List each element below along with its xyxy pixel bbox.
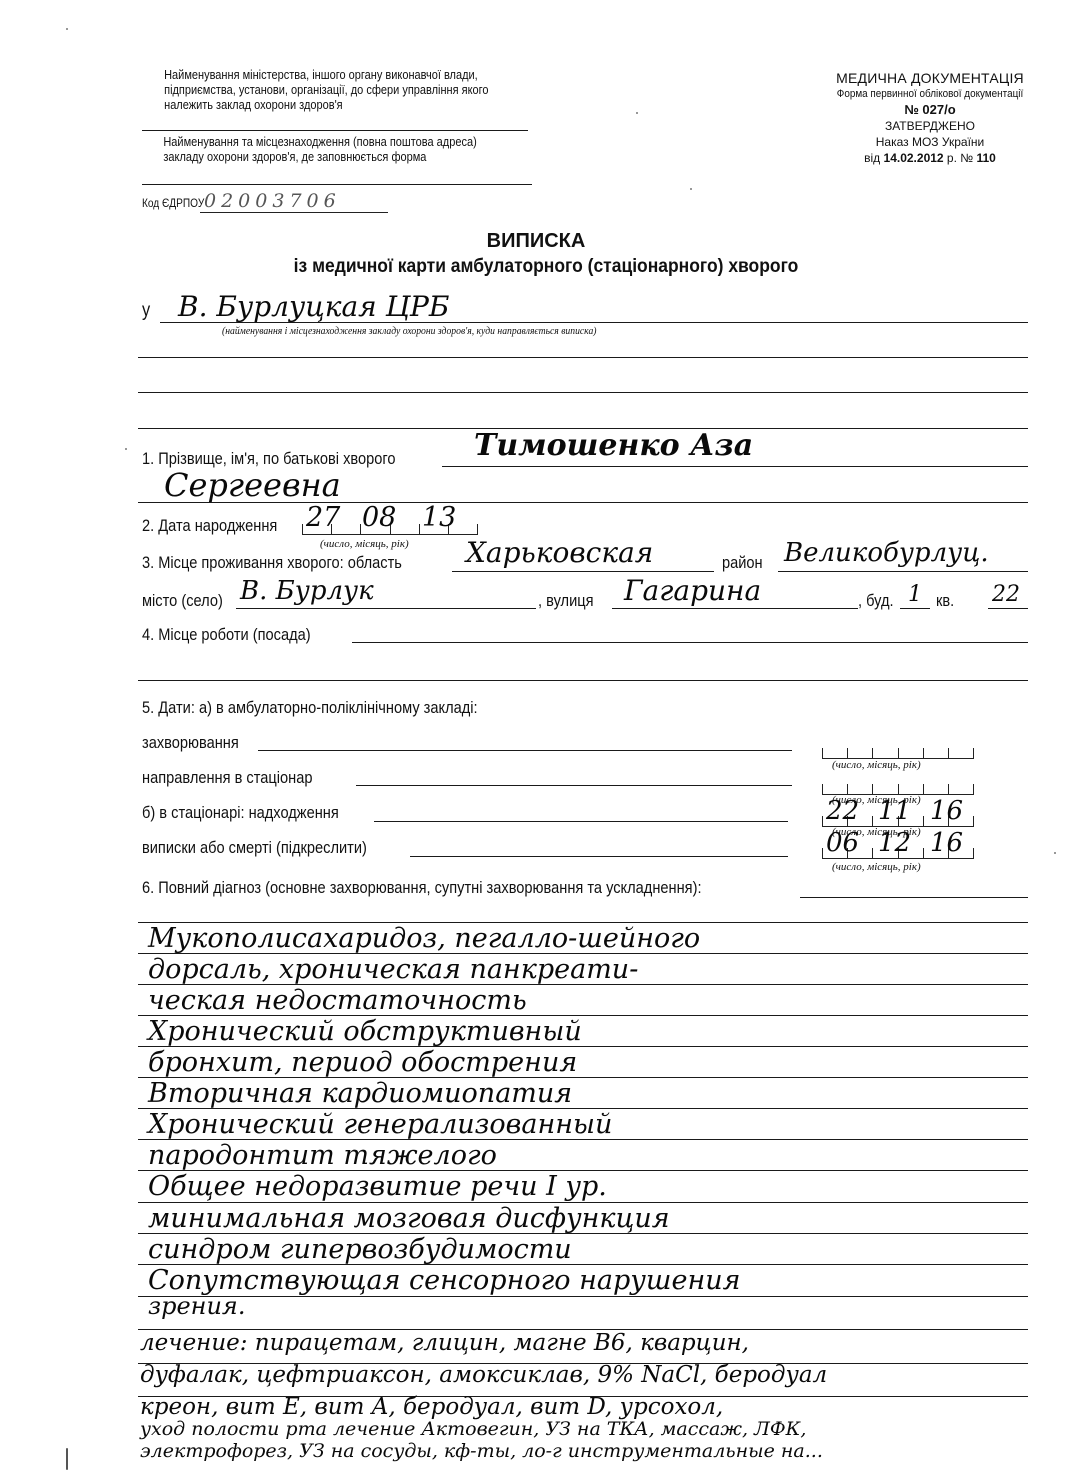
diagnosis-rule-line	[138, 1296, 1028, 1297]
street-label: , вулиця	[538, 591, 594, 611]
order-number: 110	[976, 151, 995, 165]
recipient-note: (найменування і місцезнаходження закладу…	[222, 326, 597, 337]
order-number-prefix: р. №	[944, 151, 977, 165]
region-line	[452, 571, 714, 572]
dob-day: 27	[306, 502, 340, 533]
apt-value: 22	[992, 582, 1020, 607]
discharge-date-line	[410, 856, 788, 857]
edrpou-field: 02003706	[200, 192, 388, 213]
form-type-label: Форма первинної облікової документації	[813, 86, 1047, 102]
scan-speck	[125, 448, 127, 450]
building-value: 1	[908, 582, 922, 607]
dob-label: 2. Дата народження	[142, 516, 277, 536]
edrpou-label: Код ЄДРПОУ	[142, 198, 204, 210]
discharge-date-note: (число, місяць, рік)	[832, 861, 921, 873]
form-info-block: МЕДИЧНА ДОКУМЕНТАЦІЯ Форма первинної обл…	[800, 70, 1060, 166]
diagnosis-text-line: креон, вит E, вит A, беродуал, вит D, ур…	[140, 1394, 723, 1420]
work-label: 4. Місце роботи (посада)	[142, 625, 311, 645]
street-value: Гагарина	[624, 574, 761, 607]
diagnosis-text-line: электрофорез, УЗ на сосуды, кф-ты, ло-г …	[140, 1440, 823, 1462]
form-number: № 027/о	[800, 102, 1060, 118]
ministry-line	[142, 130, 528, 131]
city-label: місто (село)	[142, 591, 223, 611]
edrpou-value: 02003706	[204, 190, 341, 212]
discharge-year: 16	[930, 828, 963, 858]
region-value: Харьковская	[466, 536, 653, 569]
admission-date-label: б) в стаціонарі: надходження	[142, 803, 339, 823]
scan-speck	[636, 112, 638, 114]
referral-date-label: направлення в стаціонар	[142, 768, 312, 788]
patient-name-value: Тимошенко Аза	[474, 428, 753, 463]
ministry-label-line: Найменування міністерства, іншого органу…	[164, 68, 488, 83]
diagnosis-text-line: зрения.	[148, 1292, 245, 1320]
diagnosis-text-line: Общее недоразвитие речи I ур.	[148, 1171, 607, 1202]
recipient-label: у	[142, 300, 150, 322]
street-line	[612, 608, 858, 609]
diagnosis-text-line: синдром гипервозбудимости	[148, 1234, 572, 1265]
ministry-label: Найменування міністерства, іншого органу…	[164, 68, 488, 113]
blank-line	[138, 392, 1028, 393]
patient-name-line-2	[138, 502, 1028, 503]
diagnosis-text-line: Вторичная кардиомиопатия	[148, 1078, 572, 1109]
illness-date-line	[258, 750, 792, 751]
scan-mark	[66, 1448, 68, 1470]
diagnosis-line	[800, 897, 1028, 898]
work-line	[352, 642, 1028, 643]
facility-label-line: закладу охорони здоров'я, де заповнюєтьс…	[163, 150, 476, 165]
order-date-line: від 14.02.2012 р. № 110	[800, 150, 1060, 166]
admission-day: 22	[826, 796, 859, 826]
illness-date-note: (число, місяць, рік)	[832, 759, 921, 771]
dates-section-label: 5. Дати: а) в амбулаторно-поліклінічному…	[142, 698, 478, 718]
referral-date-line	[356, 785, 792, 786]
dob-note: (число, місяць, рік)	[320, 538, 409, 550]
ministry-label-line: підприємства, установи, організації, до …	[164, 83, 488, 98]
approved-label: ЗАТВЕРДЖЕНО	[800, 118, 1060, 134]
facility-label: Найменування та місцезнаходження (повна …	[163, 135, 476, 165]
work-line-2	[138, 680, 1028, 681]
medical-docs-heading: МЕДИЧНА ДОКУМЕНТАЦІЯ	[800, 70, 1060, 86]
diagnosis-text-line: уход полости рта лечение Актовегин, УЗ н…	[140, 1418, 806, 1440]
district-value: Великобурлуц.	[784, 538, 989, 568]
diagnosis-text-line: ческая недостаточность	[148, 985, 527, 1016]
apt-line	[988, 608, 1028, 609]
diagnosis-text-line: лечение: пирацетам, глицин, магне B6, кв…	[140, 1330, 749, 1356]
dob-month: 08	[362, 502, 396, 533]
district-line	[778, 571, 1028, 572]
document-subtitle: із медичної карти амбулаторного (стаціон…	[44, 256, 1049, 278]
district-label: район	[722, 553, 763, 573]
admission-year: 16	[930, 796, 963, 826]
admission-month: 11	[878, 796, 911, 826]
building-label: , буд.	[858, 591, 894, 611]
illness-date-label: захворювання	[142, 733, 239, 753]
city-value: В. Бурлук	[240, 576, 374, 606]
diagnosis-text-line: минимальная мозговая дисфункция	[148, 1203, 670, 1234]
scan-speck	[1054, 852, 1056, 854]
diagnosis-text-line: Мукополисахаридоз, пегалло-шейного	[148, 923, 700, 954]
scan-speck	[690, 188, 692, 190]
dob-year: 13	[422, 502, 456, 533]
diagnosis-text-line: дуфалак, цефтриаксон, амоксиклав, 9% NaC…	[140, 1362, 827, 1388]
city-line	[236, 608, 536, 609]
recipient-value: В. Бурлуцкая ЦРБ	[178, 290, 449, 323]
discharge-date-label: виписки або смерті (підкреслити)	[142, 838, 367, 858]
patient-name-line	[442, 466, 1028, 467]
diagnosis-label: 6. Повний діагноз (основне захворювання,…	[142, 878, 702, 898]
diagnosis-text-line: Хронический обструктивный	[148, 1016, 582, 1047]
order-label: Наказ МОЗ України	[800, 134, 1060, 150]
apt-label: кв.	[936, 591, 954, 611]
diagnosis-text-line: пародонтит тяжелого	[148, 1140, 497, 1171]
order-date-prefix: від	[864, 151, 883, 165]
discharge-month: 12	[878, 828, 911, 858]
order-date: 14.02.2012	[884, 151, 944, 165]
diagnosis-text-line: дорсаль, хроническая панкреати-	[148, 954, 638, 985]
illness-date-field[interactable]	[822, 748, 974, 759]
blank-line	[138, 357, 1028, 358]
facility-line	[142, 184, 532, 185]
diagnosis-text-line: Хронический генерализованный	[148, 1109, 612, 1140]
document-title: ВИПИСКА	[0, 230, 1072, 253]
diagnosis-text-line: бронхит, период обострения	[148, 1047, 577, 1078]
patient-name-value-cont: Сергеевна	[164, 466, 341, 504]
ministry-label-line: належить заклад охорони здоров'я	[164, 98, 488, 113]
discharge-day: 06	[826, 828, 859, 858]
admission-date-line	[374, 821, 788, 822]
facility-label-line: Найменування та місцезнаходження (повна …	[163, 135, 476, 150]
residence-label: 3. Місце проживання хворого: область	[142, 553, 402, 573]
scan-speck	[66, 28, 68, 30]
building-line	[900, 608, 930, 609]
